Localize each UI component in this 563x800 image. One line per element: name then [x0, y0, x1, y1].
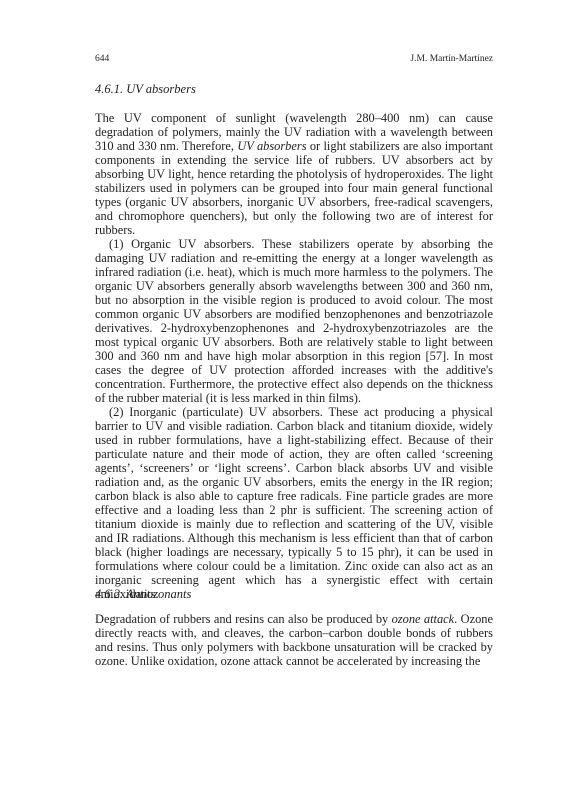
- running-head-author: J.M. Martín-Martínez: [410, 52, 493, 66]
- paragraph-ozone-attack: Degradation of rubbers and resins can al…: [95, 612, 493, 668]
- section-heading-uv-absorbers: 4.6.1. UV absorbers: [95, 82, 196, 96]
- paragraph-uv-intro: The UV component of sunlight (wavelength…: [95, 111, 493, 237]
- running-header: 644 J.M. Martín-Martínez: [95, 52, 493, 66]
- section-body-uv-absorbers: The UV component of sunlight (wavelength…: [95, 111, 493, 601]
- emphasis-uv-absorbers: UV absorbers: [237, 139, 306, 153]
- section-body-antiozonants: Degradation of rubbers and resins can al…: [95, 612, 493, 668]
- emphasis-ozone-attack: ozone attack: [392, 612, 455, 626]
- page-number: 644: [95, 52, 109, 66]
- section-heading-antiozonants: 4.6.2. Antiozonants: [95, 587, 191, 601]
- paragraph-inorganic-uv-absorbers: (2) Inorganic (particulate) UV absorbers…: [95, 405, 493, 601]
- paragraph-organic-uv-absorbers: (1) Organic UV absorbers. These stabiliz…: [95, 237, 493, 405]
